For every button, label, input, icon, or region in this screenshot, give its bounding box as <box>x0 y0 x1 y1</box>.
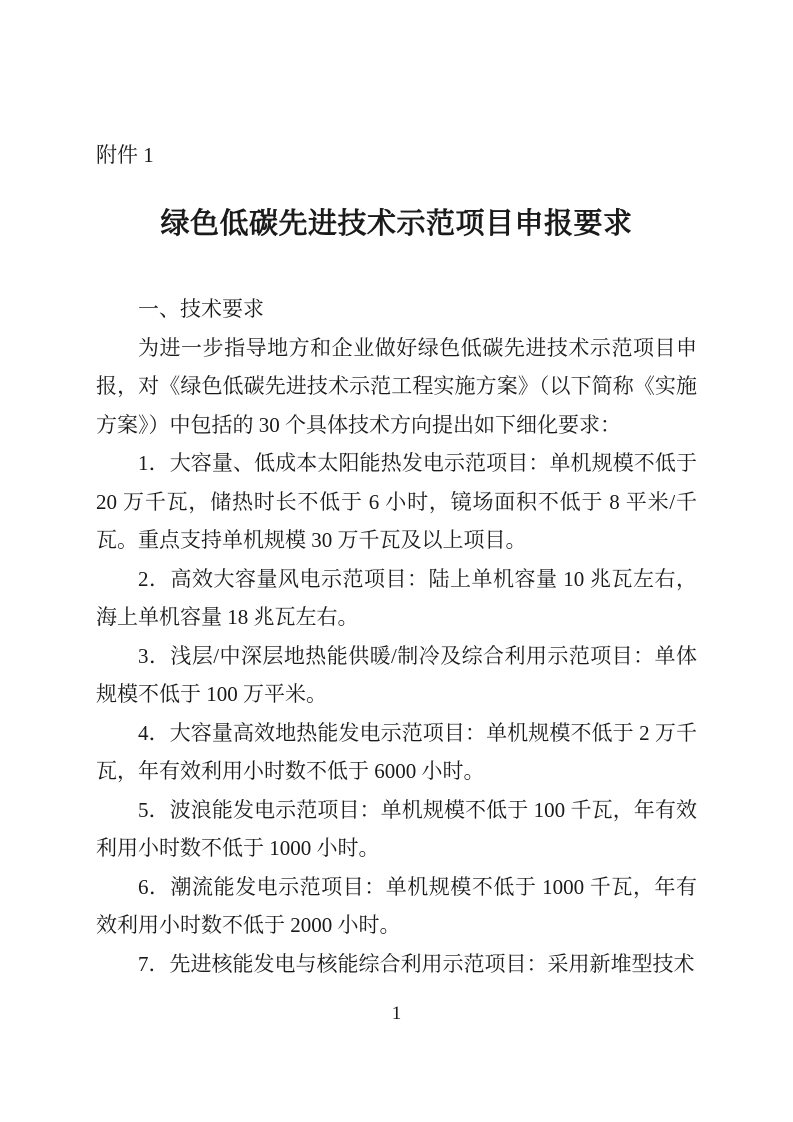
list-item-7: 7．先进核能发电与核能综合利用示范项目：采用新堆型技术 <box>96 945 697 984</box>
attachment-label: 附件 1 <box>96 145 697 166</box>
list-item-6: 6．潮流能发电示范项目：单机规模不低于 1000 千瓦，年有效利用小时数不低于 … <box>96 868 697 945</box>
document-body: 一、技术要求 为进一步指导地方和企业做好绿色低碳先进技术示范项目申报，对《绿色低… <box>96 290 697 983</box>
intro-paragraph: 为进一步指导地方和企业做好绿色低碳先进技术示范项目申报，对《绿色低碳先进技术示范… <box>96 329 697 445</box>
page-number: 1 <box>0 1003 793 1025</box>
list-item-5: 5．波浪能发电示范项目：单机规模不低于 100 千瓦，年有效利用小时数不低于 1… <box>96 791 697 868</box>
list-item-1: 1．大容量、低成本太阳能热发电示范项目：单机规模不低于 20 万千瓦，储热时长不… <box>96 444 697 560</box>
list-item-2: 2．高效大容量风电示范项目：陆上单机容量 10 兆瓦左右，海上单机容量 18 兆… <box>96 560 697 637</box>
list-item-4: 4．大容量高效地热能发电示范项目：单机规模不低于 2 万千瓦，年有效利用小时数不… <box>96 714 697 791</box>
list-item-3: 3．浅层/中深层地热能供暖/制冷及综合利用示范项目：单体规模不低于 100 万平… <box>96 637 697 714</box>
section-heading-technical-requirements: 一、技术要求 <box>96 290 697 329</box>
document-title: 绿色低碳先进技术示范项目申报要求 <box>96 204 697 244</box>
document-page: 附件 1 绿色低碳先进技术示范项目申报要求 一、技术要求 为进一步指导地方和企业… <box>0 0 793 1122</box>
